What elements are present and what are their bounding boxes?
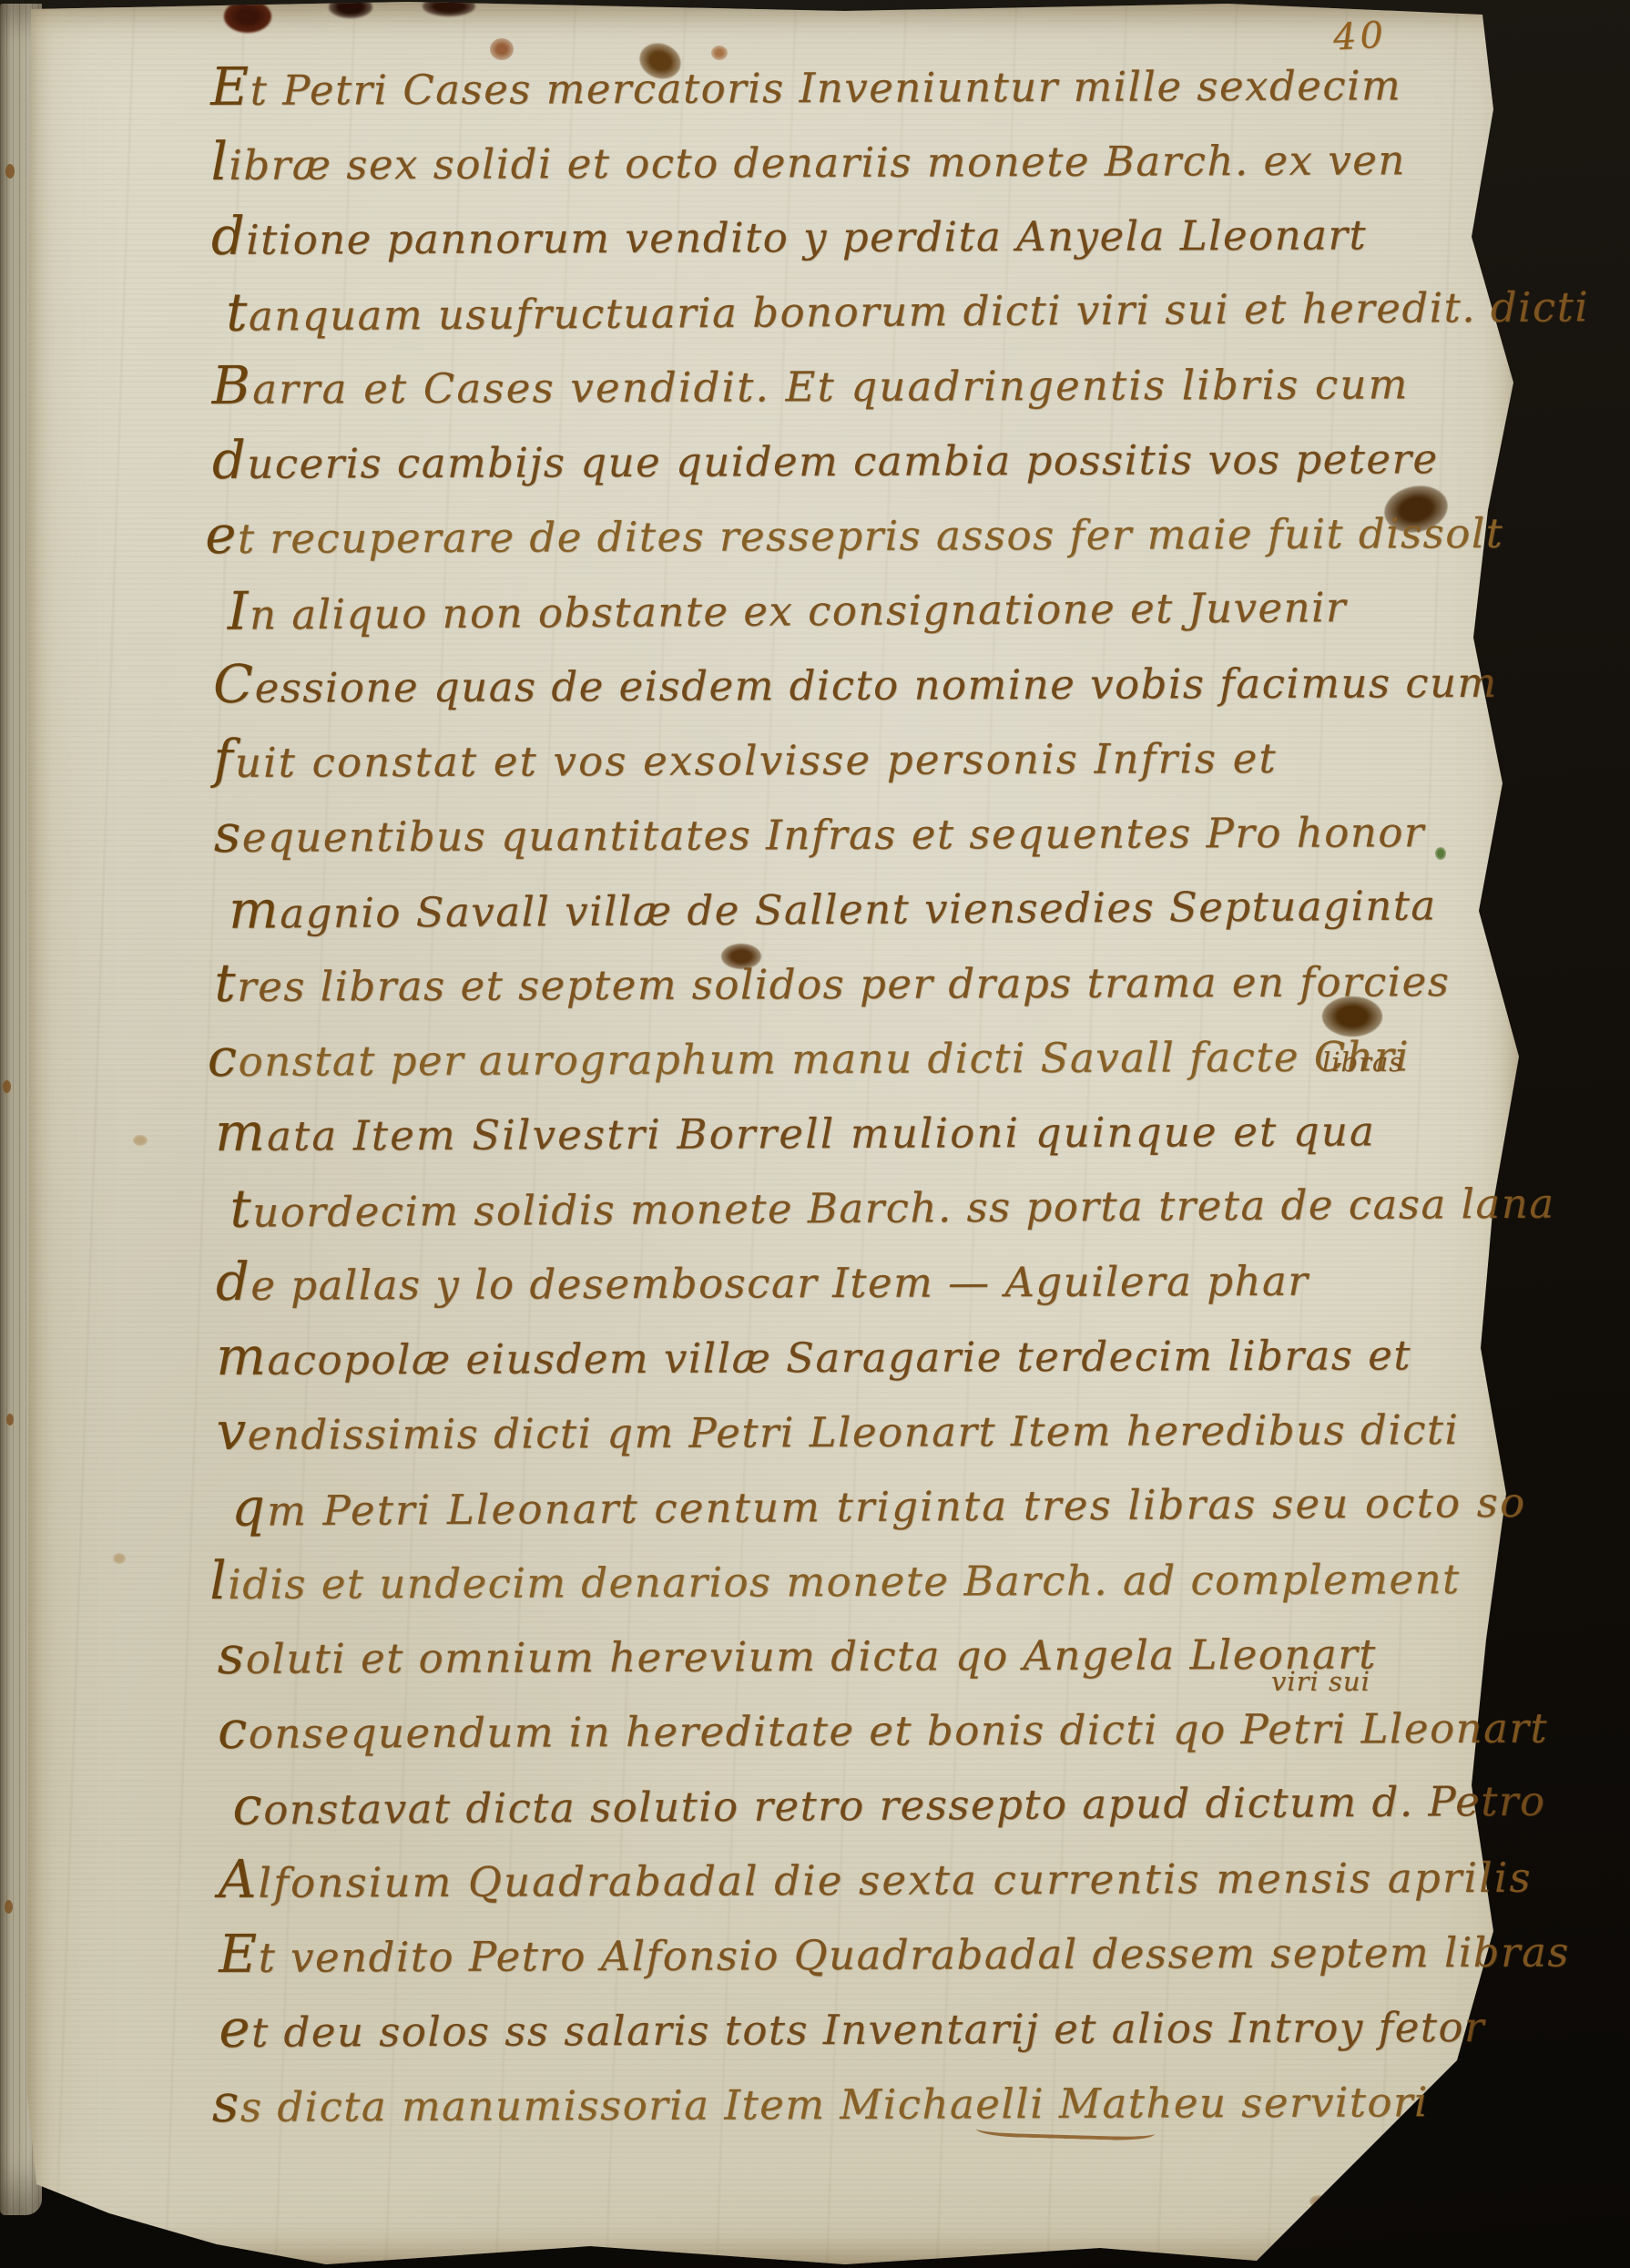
manuscript-line: sequentibus quantitates Infras et sequen… (214, 792, 1463, 872)
manuscript-line: lidis et undecim denarios monete Barch. … (209, 1538, 1459, 1619)
manuscript-line: Et vendito Petro Alfonsio Quadrabadal de… (219, 1912, 1468, 1992)
manuscript-line: tanquam usufructuaria bonorum dicti viri… (226, 267, 1476, 351)
ink-stain (224, 0, 271, 33)
manuscript-line: qm Petri Lleonart centum triginta tres l… (231, 1462, 1482, 1546)
manuscript-line: mata Item Silvestri Borrell mulioni quin… (215, 1090, 1464, 1170)
foxing-spot (1309, 2195, 1329, 2208)
manuscript-line: ss dicta manumissoria Item Michaelli Mat… (212, 2061, 1462, 2141)
gutter-ink-mark (5, 164, 15, 179)
manuscript-line: constavat dicta solutio retro ressepto a… (232, 1761, 1482, 1844)
manuscript-line: et recuperare de dites ressepris assos f… (205, 493, 1454, 573)
interlinear-addition: libras (1322, 1049, 1403, 1076)
manuscript-line: de pallas y lo desemboscar Item — Aguile… (216, 1240, 1465, 1320)
manuscript-line: Et Petri Cases mercatoris Inveniuntur mi… (210, 45, 1460, 125)
foxing-spot (113, 1553, 126, 1564)
gutter-ink-mark (5, 1900, 13, 1914)
interlinear-addition: viri sui (1271, 1669, 1370, 1695)
manuscript-line: constat per aurographum manu dicti Saval… (208, 1016, 1457, 1096)
manuscript-text-block: Et Petri Cases mercatoris Inveniuntur mi… (210, 45, 1469, 2141)
manuscript-line: consequendum in hereditate et bonis dict… (218, 1688, 1467, 1768)
manuscript-line: Cessione quas de eisdem dicto nomine vob… (213, 642, 1462, 722)
manuscript-line: vendissimis dicti qm Petri Lleonart Item… (216, 1389, 1465, 1469)
manuscript-line: ditione pannorum vendito y perdita Anyel… (211, 194, 1461, 274)
manuscript-line: Alfonsium Quadrabadal die sexta currenti… (219, 1837, 1468, 1917)
gutter-ink-mark (6, 1414, 14, 1425)
ink-stain (423, 0, 475, 16)
manuscript-line: magnio Savall villæ de Sallent viensedie… (229, 864, 1479, 948)
manuscript-line: tuordecim solidis monete Barch. ss porta… (229, 1163, 1480, 1247)
manuscript-line: libræ sex solidi et octo denariis monete… (210, 119, 1460, 199)
manuscript-line: Barra et Cases vendidit. Et quadringenti… (211, 343, 1461, 424)
gutter-ink-mark (3, 1080, 11, 1093)
manuscript-line: macopolæ eiusdem villæ Saragarie terdeci… (216, 1314, 1465, 1395)
manuscript-line: et deu solos ss salaris tots Inventarij … (219, 1987, 1468, 2067)
manuscript-line: In aliquo non obstante ex consignatione … (227, 566, 1477, 649)
manuscript-line: fuit constat et vos exsolvisse personis … (213, 717, 1462, 797)
foxing-spot (133, 1135, 148, 1146)
manuscript-scan: { "manuscript": { "folio_number": "40", … (0, 0, 1630, 2268)
ink-stain (329, 0, 372, 18)
manuscript-line: duceris cambijs que quidem cambia possit… (212, 418, 1462, 498)
manuscript-line: tres libras et septem solidos per draps … (214, 941, 1463, 1021)
